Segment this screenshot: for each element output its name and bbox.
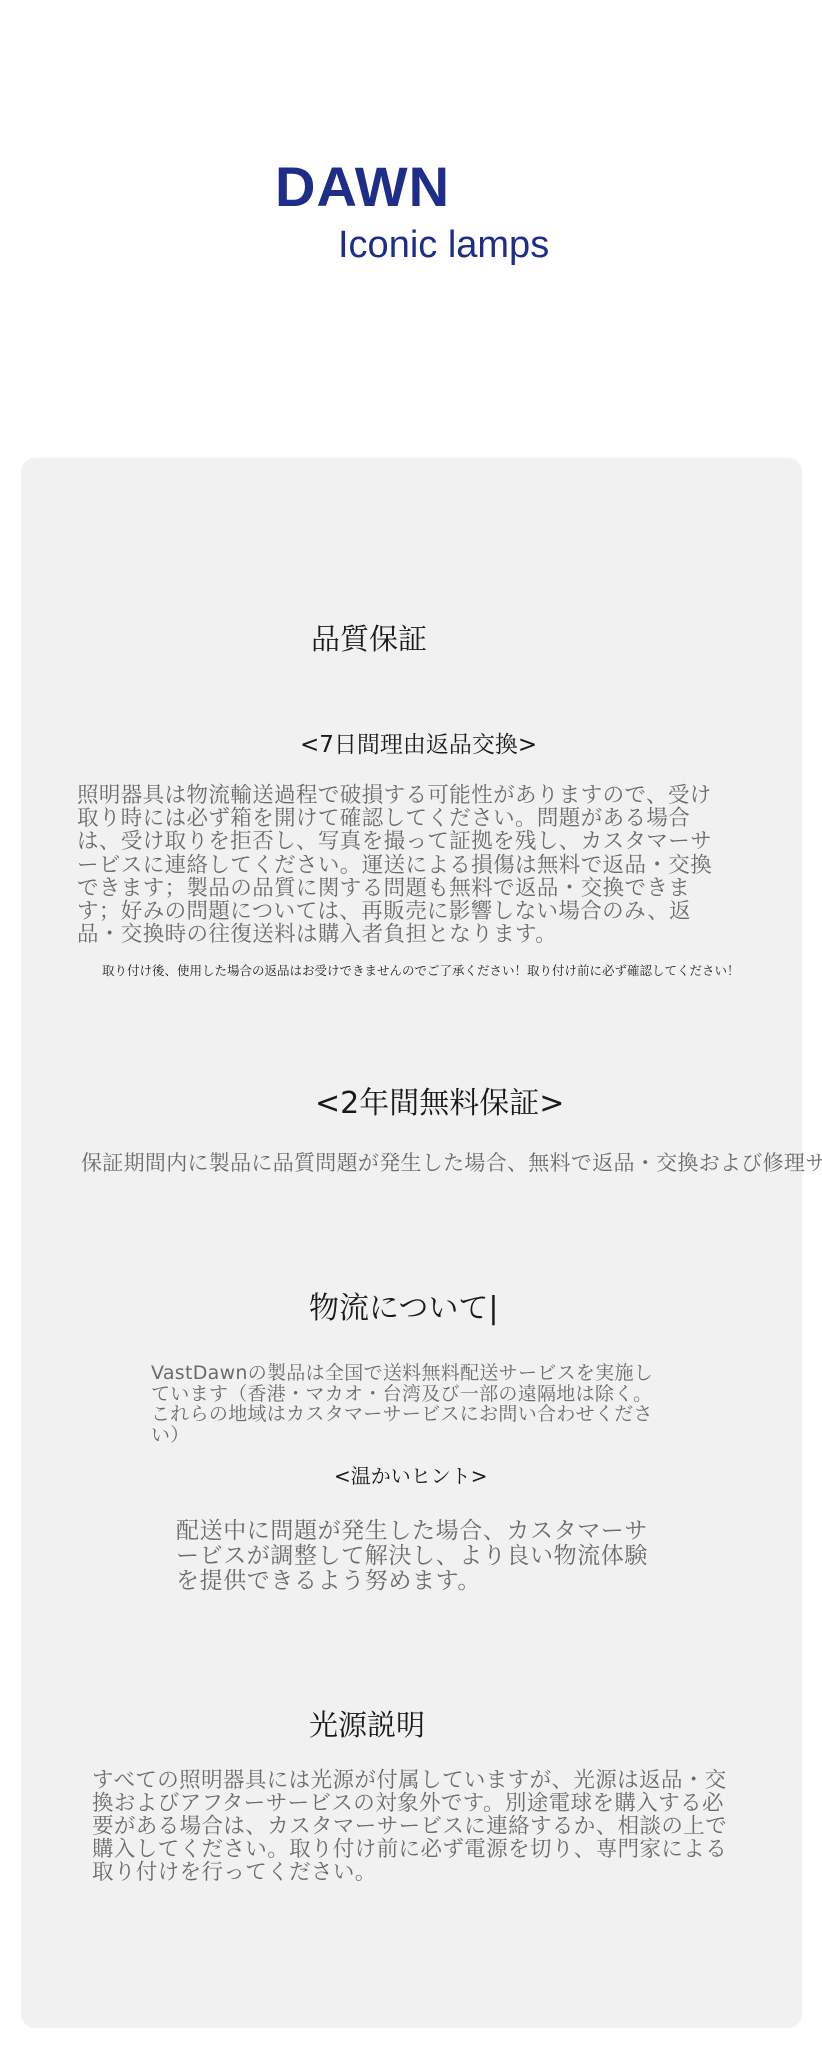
warranty-title: <2年間無料保証> [315, 1087, 564, 1121]
brand-logo: DAWN [275, 158, 450, 216]
light-source-body: すべての照明器具には光源が付属していますが、光源は返品・交換およびアフターサービ… [92, 1769, 732, 1884]
warranty-body: 保証期間内に製品に品質問題が発生した場合、無料で返品・交換および修理サービ [81, 1150, 822, 1176]
quality-title: 品質保証 [311, 622, 427, 656]
light-source-title: 光源説明 [309, 1708, 425, 1742]
logistics-title: 物流について| [309, 1292, 499, 1326]
brand-tagline: Iconic lamps [338, 224, 549, 266]
return-policy-body: 照明器具は物流輸送過程で破損する可能性がありますので、受け取り時には必ず箱を開け… [77, 784, 727, 946]
hint-title: <温かいヒント> [334, 1464, 488, 1488]
return-policy-title: <7日間理由返品交換> [300, 731, 537, 759]
hint-body: 配送中に問題が発生した場合、カスタマーサービスが調整して解決し、より良い物流体験… [176, 1519, 666, 1594]
return-policy-note: 取り付け後、使用した場合の返品はお受けできませんのでご了承ください！取り付け前に… [102, 963, 740, 979]
logistics-body: VastDawnの製品は全国で送料無料配送サービスを実施しています（香港・マカオ… [151, 1363, 671, 1445]
